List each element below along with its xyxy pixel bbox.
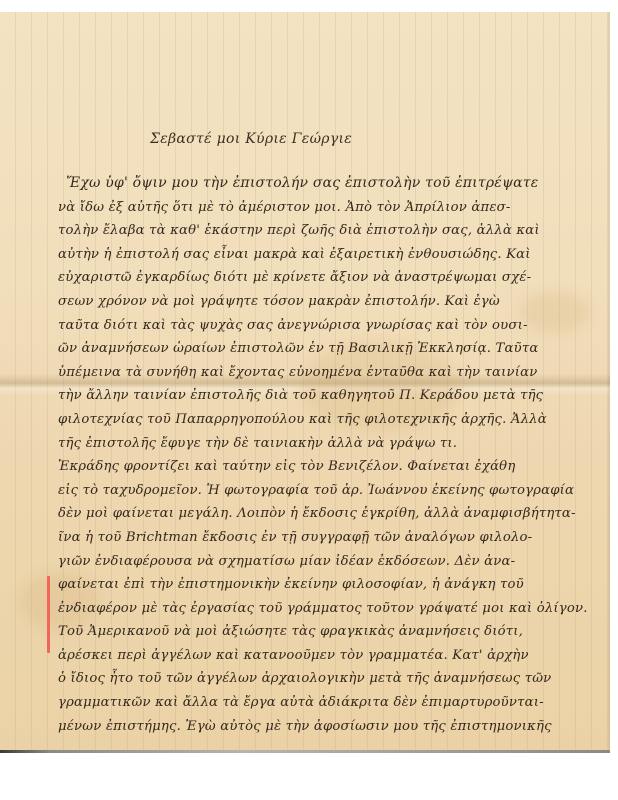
letter-line: ἀρέσκει περὶ ἀγγέλων καὶ κατανοοῦμεν τὸν… [58,644,606,668]
letter-line: ῖνα ἡ τοῦ Brichtman ἔκδοσις ἐν τῇ συγγρα… [58,526,606,550]
letter-line: τολὴν ἔλαβα τὰ καθ' ἑκάστην περὶ ζωῆς δι… [58,219,606,243]
letter-line: ὑπέμεινα τὰ συνήθη καὶ ἔχοντας εὐνοημένα… [58,361,606,385]
letter-line: γιῶν ἐνδιαφέρουσα νὰ σχηματίσω μίαν ἰδέα… [58,550,606,574]
red-margin-mark [47,576,50,653]
letter-line: Ἔχω ὑφ' ὄψιν μου τὴν ἐπιστολήν σας ἐπιστ… [58,172,606,196]
letter-body: Ἔχω ὑφ' ὄψιν μου τὴν ἐπιστολήν σας ἐπιστ… [58,172,606,738]
letter-line: σεων χρόνον νὰ μοὶ γράψητε τόσον μακρὰν … [58,290,606,314]
letter-line: ῶν ἀναμνήσεων ὡραίων ἐπιστολῶν ἐν τῇ Βασ… [58,337,606,361]
letter-line: Τοῦ Ἀμερικανοῦ νὰ μοὶ ἀξιώσητε τὰς φραγκ… [58,620,606,644]
letter-line: φαίνεται ἐπὶ τὴν ἐπιστημονικὴν ἐκείνην φ… [58,573,606,597]
letter-line: δὲν μοὶ φαίνεται μεγάλη. Λοιπὸν ἡ ἔκδοσι… [58,502,606,526]
letter-line: τὴν ἄλλην ταινίαν ἐπιστολῆς διὰ τοῦ καθη… [58,384,606,408]
letter-line: νὰ ἴδω ἐξ αὐτῆς ὅτι μὲ τὸ ἀμέριστον μοι.… [58,196,606,220]
letter-line: ταῦτα διότι καὶ τὰς ψυχὰς σας ἀνεγνώρισα… [58,314,606,338]
letter-line: ὁ ἴδιος ἦτο τοῦ τῶν ἀγγέλων ἀρχαιολογικὴ… [58,667,606,691]
letter-greeting: Σεβαστέ μοι Κύριε Γεώργιε [150,131,352,147]
letter-line: αὐτὴν ἡ ἐπιστολή σας εἶναι μακρὰ καὶ ἐξα… [58,243,606,267]
letter-line: εὐχαριστῶ ἐγκαρδίως διότι μὲ κρίνετε ἄξι… [58,266,606,290]
letter-line: ἐνδιαφέρον μὲ τὰς ἐργασίας τοῦ γράμματος… [58,597,606,621]
letter-line: φιλοτεχνίας τοῦ Παπαρρηγοπούλου καὶ τῆς … [58,408,606,432]
letter-line: μένων ἐπιστήμης. Ἐγὼ αὐτὸς μὲ τὴν ἀφοσίω… [58,715,606,739]
letter-line: εἰς τὸ ταχυδρομεῖον. Ἡ φωτογραφία τοῦ ἀρ… [58,479,606,503]
letter-line: Ἐκράδης φροντίζει καὶ ταύτην εἰς τὸν Βεν… [58,455,606,479]
letter-line: γραμματικῶν καὶ ἄλλα τὰ ἔργα αὐτὰ ἀδιάκρ… [58,691,606,715]
letter-line: τῆς ἐπιστολῆς ἔφυγε τὴν δὲ ταινιακὴν ἀλλ… [58,432,606,456]
